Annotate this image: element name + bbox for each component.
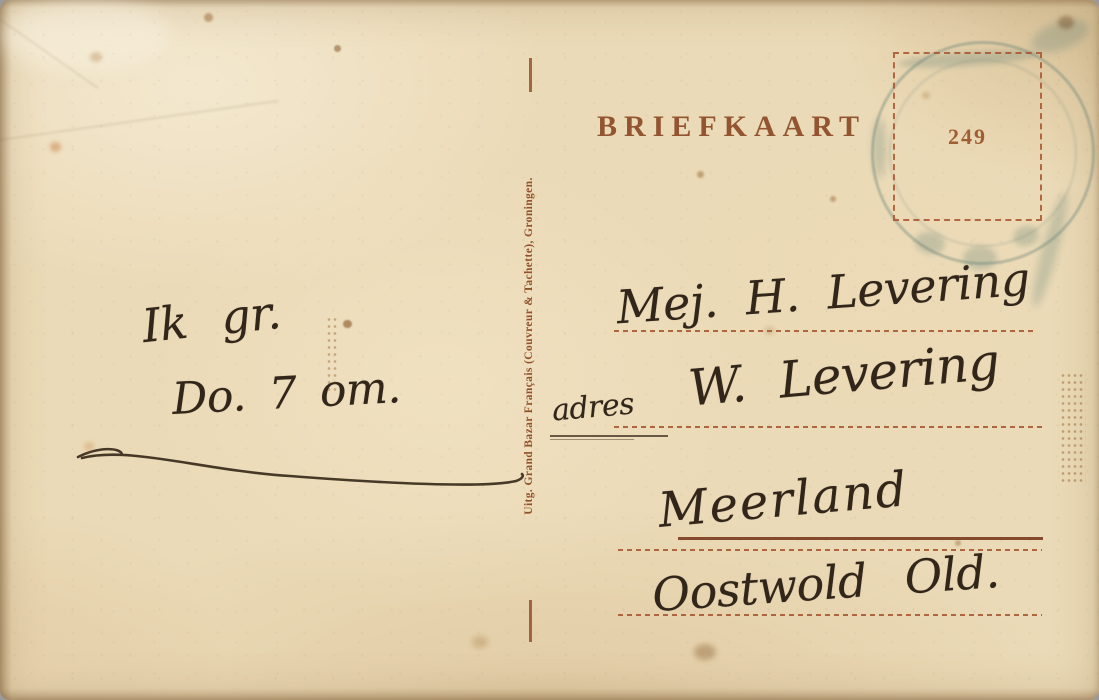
stamp-box-number: 249 (948, 124, 987, 150)
address-place: Meerland (656, 461, 910, 539)
stain-spot (472, 636, 488, 648)
crease-line (0, 13, 99, 89)
postcard: BRIEFKAART 249 Uitg. Grand Bazar Françai… (0, 0, 1099, 700)
message-line-1: Ik gr. (140, 285, 284, 353)
address-dotted-line-1 (614, 330, 1036, 332)
crease-line (0, 100, 279, 142)
bottom-edge-wear (0, 688, 1099, 700)
top-left-light-patch (0, 0, 170, 70)
address-care-of-name: W. Levering (686, 333, 1002, 418)
stain-spot (90, 52, 102, 62)
stamp-box: 249 (893, 52, 1042, 221)
stain-spot (204, 13, 213, 22)
care-of-underline (550, 435, 668, 437)
postmark-smudge (913, 229, 947, 257)
address-recipient: Mej. H. Levering (615, 252, 1032, 335)
ink-spatter (1060, 372, 1086, 484)
stain-spot (1058, 16, 1074, 29)
stain-spot (50, 142, 61, 152)
left-edge-wear (0, 0, 12, 700)
publisher-rule-top (529, 58, 532, 92)
publisher-imprint: Uitg. Grand Bazar Français (Couvreur & T… (523, 95, 542, 597)
postmark-smudge (873, 118, 886, 178)
top-edge-wear (0, 0, 1099, 8)
message-flourish (60, 430, 540, 510)
stain-spot (830, 196, 836, 202)
stain-spot (334, 45, 341, 52)
postmark-smudge (1011, 223, 1041, 249)
publisher-rule-bottom (529, 600, 532, 642)
stain-spot (697, 171, 704, 178)
address-care-of-label: adres (551, 386, 636, 428)
address-dotted-line-2 (614, 426, 1042, 428)
care-of-underline-2 (550, 439, 634, 440)
address-municipality: Oostwold Old. (651, 544, 1001, 622)
stain-spot (955, 540, 961, 546)
message-line-2: Do. 7 om. (171, 362, 402, 425)
card-type-heading: BRIEFKAART (597, 110, 866, 144)
stain-spot (694, 644, 716, 660)
stain-spot (343, 320, 352, 328)
address-solid-underline (678, 537, 1043, 540)
